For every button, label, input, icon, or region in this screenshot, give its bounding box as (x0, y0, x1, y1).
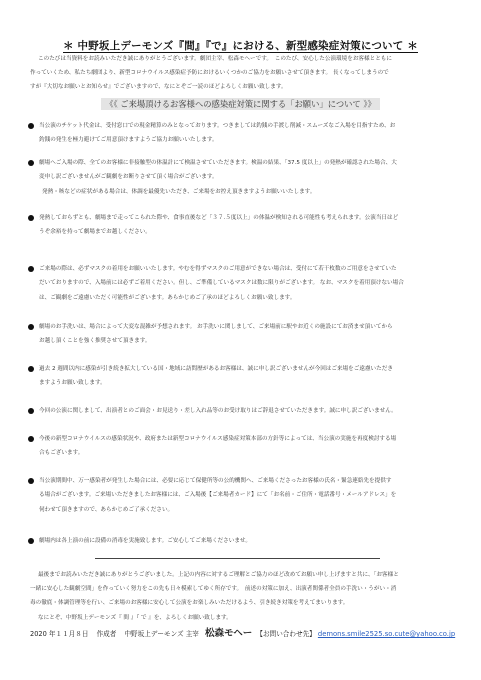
closing-line: 毒の徹底・体調管理等を行い、ご来場のお客様に安心して公演をお楽しみいただけるよう… (30, 596, 470, 610)
bullet-line: 劇場のお手洗いは、場合によって大変な混雑が予想されます。 お手洗いに関しまして、… (28, 320, 468, 334)
intro-line: このたびは当資料をお読みいただき誠にありがとうございます。劇団主宰、松森モヘーで… (30, 52, 460, 66)
bullet-line: 劇場へご入場の際、全てのお客様に非接触型の体温計にて検温させていただきます。検温… (28, 156, 468, 170)
footer-contact-label: 【お問い合わせ先】 (256, 630, 315, 638)
closing-paragraph: 最後までお読みいただき誠にありがとうございました。上記の内容に対するご理解とご協… (30, 568, 470, 625)
bullet-line: る場合がございます。ご来場いただきましたお客様には、ご入場後【ご来場者カード】に… (28, 488, 468, 502)
intro-paragraph: このたびは当資料をお読みいただき誠にありがとうございます。劇団主宰、松森モヘーで… (30, 52, 460, 94)
contact-email-link[interactable]: demons.smile2525.so.cute@yahoo.co.jp (318, 630, 455, 638)
bullet-item-temperature-check: 劇場へご入場の際、全てのお客様に非接触型の体温計にて検温させていただきます。検温… (28, 156, 468, 199)
section-subheading: 《《 ご来場頂けるお客様への感染症対策に関する「お願い」について 》》 (0, 98, 481, 110)
bullet-dot-icon (28, 215, 34, 221)
footer-organization: 中野坂上デーモンズ 主宰 (124, 630, 198, 638)
bullet-line: だいておりますので、入場前には必ずご着用ください。但し、ご準備しているマスクは数… (28, 276, 468, 290)
footer-author-label: 作成者 (97, 630, 117, 638)
bullet-line: ますようお願い致します。 (28, 376, 468, 390)
intro-line: 作っていくため、私たち劇団より、新型コロナウイルス感染症予防におけるいくつかのご… (30, 66, 460, 80)
closing-line: なにとぞ、中野坂上デーモンズ『 間 』『 で 』を、よろしくお願い致します。 (30, 611, 470, 625)
bullet-line: お越し頂くことを強く推奨させて頂きます。 (28, 334, 468, 348)
bullet-dot-icon (28, 123, 34, 129)
bullet-item-reconsideration: 今後の新型コロナウイルスの感染状況や、政府または新型コロナウイルス感染症対策本部… (28, 432, 468, 461)
bullet-line: 合もございます。 (28, 446, 468, 460)
document-page: ＊ 中野坂上デーモンズ『間』『で』における、新型感染症対策について ＊ このたび… (0, 0, 481, 680)
bullet-item-mask: ご来場の際は、必ずマスクの着用をお願いいたします。やむを得ずマスクのご用意ができ… (28, 262, 468, 305)
bullet-dot-icon (28, 478, 34, 484)
bullet-line: 発熱しておらずとも、劇場まで走ってこられた際や、食事直後など「３７.５度以上」の… (28, 211, 468, 225)
bullet-item-disinfection: 劇場内は各上演の前に設備の消毒を実施致します。ご安心してご来場くださいませ。 (28, 534, 468, 548)
bullet-dot-icon (28, 266, 34, 272)
bullet-item-payment: 当公演のチケット代金は、受付窓口での現金精算のみとなっております。つきましては釣… (28, 119, 468, 148)
bullet-line: 当公演のチケット代金は、受付窓口での現金精算のみとなっております。つきましては釣… (28, 119, 468, 133)
closing-line: 一緒に安心した観劇空間」を作っていく努力をこの先も日々模索してゆく所存です。 前… (30, 582, 470, 596)
bullet-item-no-meetings: 今回の公演に関しまして、出演者とのご面会・お見送り・差し入れ品等のお受け取りはご… (28, 404, 468, 418)
bullet-line: 変申し訳ございませんがご観劇をお断りさせて頂く場合がございます。 (28, 170, 468, 184)
bullet-dot-icon (28, 324, 34, 330)
bullet-dot-icon (28, 366, 34, 372)
bullet-line: 今回の公演に関しまして、出演者とのご面会・お見送り・差し入れ品等のお受け取りはご… (28, 404, 468, 418)
bullet-line: 劇場内は各上演の前に設備の消毒を実施致します。ご安心してご来場くださいませ。 (28, 534, 468, 548)
bullet-line: 伺わせて頂きますので、あらかじめご了承ください。 (28, 503, 468, 517)
intro-line: すが『大切なお願いとお知らせ』でございますので、なにとぞご一読のほどよろしくお願… (30, 80, 460, 94)
footer-date: 2020 年１１月８日 (30, 630, 88, 638)
bullet-dot-icon (28, 408, 34, 414)
bullet-item-restroom: 劇場のお手洗いは、場合によって大変な混雑が予想されます。 お手洗いに関しまして、… (28, 320, 468, 349)
bullet-item-contact-tracing: 当公演期間中、万一感染者が発生した場合には、必要に応じて保健所等の公的機関へ、ご… (28, 474, 468, 517)
bullet-line: 過去 2 週間以内に感染が引き続き拡大している国・地域に訪問歴があるお客様は、誠… (28, 362, 468, 376)
bullet-item-travel-history: 過去 2 週間以内に感染が引き続き拡大している国・地域に訪問歴があるお客様は、誠… (28, 362, 468, 391)
closing-line: 最後までお読みいただき誠にありがとうございました。上記の内容に対するご理解とご協… (30, 568, 470, 582)
bullet-item-arrival-margin: 発熱しておらずとも、劇場まで走ってこられた際や、食事直後など「３７.５度以上」の… (28, 211, 468, 240)
bullet-line: 釣銭の発生を極力避けてご用意頂けますようご協力お願いいたします。 (28, 133, 468, 147)
bullet-dot-icon (28, 436, 34, 442)
bullet-line: 今後の新型コロナウイルスの感染状況や、政府または新型コロナウイルス感染症対策本部… (28, 432, 468, 446)
bullet-line: 当公演期間中、万一感染者が発生した場合には、必要に応じて保健所等の公的機関へ、ご… (28, 474, 468, 488)
bullet-subnote: 発熱・咳などの症状がある場合は、体調を最優先いただき、ご来場をお控え頂きますよう… (28, 185, 468, 199)
bullet-line: ご来場の際は、必ずマスクの着用をお願いいたします。やむを得ずマスクのご用意ができ… (28, 262, 468, 276)
bullet-line: は、ご観劇をご遠慮いただく可能性がございます。あらかじめご了承のほどよろしくお願… (28, 291, 468, 305)
document-footer: 2020 年１１月８日 作成者 中野坂上デーモンズ 主宰 松森モヘー 【お問い合… (30, 625, 455, 639)
section-divider (95, 558, 380, 559)
footer-author-name: 松森モヘー (205, 628, 252, 639)
bullet-dot-icon (28, 160, 34, 166)
bullet-line: うぞ余裕を持って劇場までお越しください。 (28, 225, 468, 239)
document-title: ＊ 中野坂上デーモンズ『間』『で』における、新型感染症対策について ＊ (0, 38, 481, 53)
bullet-dot-icon (28, 538, 34, 544)
